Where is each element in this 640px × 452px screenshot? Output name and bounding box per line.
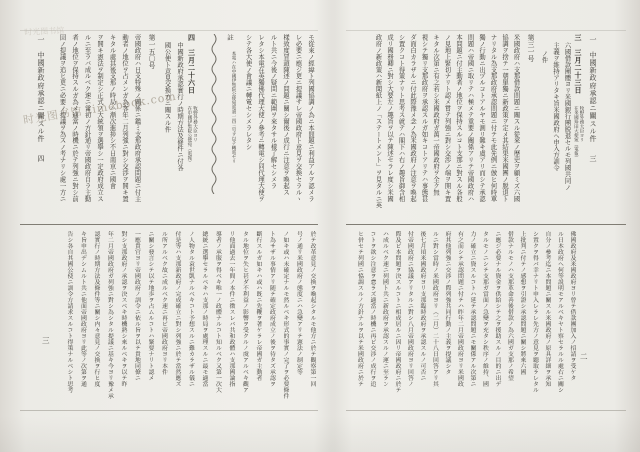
right-page-bottom-rule: [346, 410, 626, 411]
text-column: シ置クヲ得バ幸ナリト申入レラレ先方ノ意見ヲ聽取ラレタル: [528, 231, 541, 409]
doc3-title-line1: 六國借款團體ヨリ米國銀行團脱退セルモ列國共同ノ: [561, 34, 573, 224]
doc3-heading: 三 三月二十三日 牧野外務大臣ヨリ 在米國珍田大使宛（電報）: [573, 34, 585, 224]
text-column: レ必要ニ應ジ更ニ提議サレ帝國政府ト意見ヲ交換セラルヽ: [291, 34, 304, 224]
document-separator: [206, 34, 224, 224]
text-column: 有之而シテ承認問題ニ付テハ昨年二月帝國政府ヨリ米國政: [453, 231, 466, 409]
text-column: コトヲ欲シ注意ヲ怠ラズ適當ノ時機ニ再ビ交渉ノ成行ヲ追: [366, 231, 379, 409]
doc4-doc-no: 第一五〇号: [145, 34, 158, 224]
doc3-note-label: 註: [226, 34, 234, 41]
text-column: 總統ニ選擧セラルベキハ支那ノ時局ヲ處理スルニ最モ適當: [197, 231, 211, 409]
text-column: ルニ至ラバ成ルベク速ニ當初ノ方針通リ帝國政府自ラ主動: [80, 34, 93, 224]
scanned-book-spread: 时光图书馆 时光图书馆 timebook.com 一 中國新政府承認ニ關スル件三…: [0, 0, 640, 452]
right-page-mid-rule: [346, 224, 626, 225]
text-column: 号ノ通リ米國政府ノ態度ニハ急變アリテ憲法ノ制定等: [291, 231, 305, 409]
text-column: ルニ對シ當時ノ米國政府ヨリ（二月）二十八日回答アリ其: [428, 231, 441, 409]
page-number-right: 二: [580, 351, 588, 362]
text-column: 於テ改革意見ノ交換ヲ喚起シタルモ他方ニ於テ觀察第一回: [305, 231, 319, 409]
text-column: 借款ナルモノハ支那革命善後借款ノ為六國ガ支那ノ希望: [503, 231, 516, 409]
text-column: 者ノ地位ヲ保持スルガ為メ適當ノ時機ニ於テ列強ニ對シ前: [68, 34, 81, 224]
text-column: シテ各大使ノ會議ニ轉電セシメラレタシ: [241, 34, 254, 224]
text-column: 視シテ獨リ支那政府ヲ承認スルガ如キコトアリテハ事態甚: [418, 34, 430, 224]
text-column: 斷行スルガ如キハ或ハ既ニ先鞭ヲ著ケラレ帝國ガ主動者: [251, 231, 265, 409]
text-column: ノ見地上緊切ナリト認メ嘗テ列強ニ對シ交渉ノ端ヲ開キ置: [441, 34, 453, 224]
text-column: レタシ本電在英獨佛代理大使ノ參考ニ轉電シ同代理大使ヲ: [254, 34, 267, 224]
text-column: ノ如キ或ハ未確定ナルモ然ルベキ形式的事實ノ完了ヲ必要條件: [278, 231, 292, 409]
text-column: 佛國政府及米國政府ヨリ曾テ借款團加入ノ招請ヲ受ケタ: [566, 231, 579, 409]
doc3-sender-recipient: 牧野外務大臣ヨリ 在米國珍田大使宛（電報）: [573, 106, 584, 160]
text-column: 付帝國政府ニ協議アリタルニ對シ八月帝國政府ヨリ回答ノ: [403, 231, 416, 409]
text-column: 帝國政府ハ日支特殊ノ關係ニ鑑ミ支那政府承認問題ニ付主: [130, 34, 143, 224]
text-column: キ旨申出デシムルト共ニ他面帝國政府ヨリ此等ノ次第ヲ通: [75, 231, 89, 409]
text-column: 樣致度冒頭陳述ノ問題ニ關シ爾後ノ成行ニ注意ヲ喚起ス: [279, 34, 292, 224]
text-column: 認實行ノ時期方法及條件等ニ關シ内々意見ノ交換ヲ行ヒ度: [89, 231, 103, 409]
text-column: ニ關シ發言シテ以テ地歩ヲ占ムルコトハ緊要ナリト認メ: [143, 231, 157, 409]
left-page-mid-rule: [20, 224, 318, 225]
text-column: 對シ支那政府ノ承認ヲ決スベキ時機熟シ來ルベキヲ以テ昨: [116, 231, 130, 409]
text-column: 年二月帝國政府ガ列強ニ對シ為シタル提議ニ基キ今ヨリ豫メ承: [102, 231, 116, 409]
text-column: 際及ビ本問題ヲ決スルコトニ相成居ルニ因リ帝國政府ニ於テ: [391, 231, 404, 409]
text-column: 政府ノ新政策ハ新聞紙上ノ「ステートメント」ヲ見タルニ英: [372, 34, 384, 224]
section-title: 一 中國新政府承認ニ關スル件: [589, 36, 597, 142]
left-page-bottom-register: 於テ改革意見ノ交換ヲ喚起シタルモ他方ニ於テ觀察第一回号ノ通リ米國政府ノ態度ニハ急…: [56, 231, 318, 409]
text-column: 告シ各自其國公使ニ訓令方請求スルコト得策ナルベシト思考: [62, 231, 76, 409]
right-page-top-rule: [346, 30, 626, 31]
text-column: ノ人物タル袁世凱ナルベキコト予想スルニ難カラザル儀ニ: [183, 231, 197, 409]
doc4-sender-recipient: 牧野外務大臣ヨリ 在中國伊集院公使宛（電報）: [186, 106, 197, 165]
doc3-title-line2: 主義ヲ維持アリタキ旨米國政府ヘ申入方訓令: [550, 34, 562, 224]
text-column: シ置クコト得策ナリト思考ス就テハ閣下ハ右ノ趣旨御含相: [395, 34, 407, 224]
text-column: タルモノニシテ支那ガ當面ノ急變ヲ充タシ秩序ノ維持、國: [478, 231, 491, 409]
text-column: 動者ノ地位ヲ占メンガ為客年二月列強ニ對シ交渉ヲ開キ置: [118, 34, 131, 224]
doc3-note-text: 本電ハ在中國伊集院公使宛電第一四三号ヲ以テ轉電セリ: [230, 51, 236, 164]
text-column: 力ノ確立ニ資スルコトハ延テ承認問題ニモ關係アル次第ニ: [466, 231, 479, 409]
text-column: 付是等ハ支那新政府ノ完成確立ニ對シ列強ニ於テ當然應ズ: [170, 231, 184, 409]
running-head-right: 一 中國新政府承認ニ關スル件三: [588, 36, 598, 163]
doc4-title-line1: 中國新政府承認實行ノ時期方法及條件ニ付各: [173, 34, 186, 224]
right-page-bottom-register: 佛國政府及米國政府ヨリ曾テ借款團加入ノ招請ヲ受ケタル日本政府ヘ何等説明モアルベキ…: [352, 231, 578, 409]
page-gutter-shadow: [314, 0, 352, 452]
text-column: 上批判ニ付テノ感想ヲ引證シ承認問題ニ關シ將來六國: [516, 231, 529, 409]
text-column: 米國政府ハ支那借款問題ニ關スル從來ノ歷史ヲ顧ミズ六國: [510, 34, 522, 224]
doc3-note: 註 本電ハ在中國伊集院公使宛電第一四三号ヲ以テ轉電セリ: [224, 34, 237, 224]
doc4-date-line: 四 三月二十六日: [188, 34, 197, 94]
text-column: 導者ノ承服ヲ得ベキ唯一ノ政體ナルコト知ルベク又第一次大: [210, 231, 224, 409]
text-column: ヲ開キ憲法ヲ制定シ正式ノ大統領ヲ選擧シ一定政府成立ス: [93, 34, 106, 224]
text-column: 本問題ニ付主動者ノ地位ヲ保持スルコト支那ニ對スル各般: [453, 34, 465, 224]
left-page-top-rule: [20, 30, 318, 31]
text-column: ルト共ニ今後ノ疑問ニ範圍ヲ來タサル樣了解セシメラ: [266, 34, 279, 224]
doc3-recipient: 在米國珍田大使宛（電報）: [573, 106, 579, 160]
text-column: ル日本政府ヘ何等説明モアルベキヤト察セラルル處右ニ關シ: [553, 231, 566, 409]
text-column: ナリタル為支那政府承認問題ニ付テモ此先例ニ倣ヒ何時單: [487, 34, 499, 224]
text-column: 成リ國務卿ニ對シ大要左ノ趣旨ヲ以テ陳述セラレ度シ米國: [384, 34, 396, 224]
text-column: 獨ノ行動ニ出ヅルコトアルヤモ測リ難キ虞アリ而シテ承認: [476, 34, 488, 224]
text-column: キタル處其後支那ノ時局ハ漸次進捗シ不日南京ニ國會: [105, 34, 118, 224]
doc3-title-line3: ノ件: [538, 34, 550, 224]
text-column: ル所アルベク故ニ成ルベク速ニ再ビ帝國政府ヨリ本件: [156, 231, 170, 409]
text-column: ヒ併セテ列國ニ恊調スルノ方針ナルヲ以テ米國政府ニ於テ: [353, 231, 366, 409]
doc4-recipient: 在中國伊集院公使宛（電報）: [186, 106, 192, 165]
text-column: キタル次第ニ有之若シ米國政府ガ萬一帝國政府ヲ全ク無: [430, 34, 442, 224]
text-column: 回ノ提議ヲ追ヒ更ニ必要ノ提議ヲ為スノ考ナリシ處一方ニ: [55, 34, 68, 224]
doc4-title-line2: 國公使ト意見交換方ニ關スル件: [160, 34, 173, 224]
text-column: 自分ノ參考迄ニ本問題ニ關スル米國政府ノ原具詳細ヲ承知: [541, 231, 554, 409]
text-column: ハ成ルベク速ニ列國ト共ニ新政府ヲ承認スルノ運ニ至ラン: [378, 231, 391, 409]
text-column: ニ應ジ必要ナル資金ヲ供給シテ之ヲ援助スルノ目的ニ出デ: [491, 231, 504, 409]
text-column: 問題ハ帝國ニ取リテハ極メテ重要ノ關係アリテ帝國政府ハ: [464, 34, 476, 224]
left-page-bottom-rule: [20, 410, 318, 411]
page-number-left: 三: [42, 335, 50, 346]
doc3-sender: 牧野外務大臣ヨリ: [578, 106, 584, 160]
text-column: ト為サザル事情アリ随テ確定政府成立ノ後ヲ待タズ承認ヲ: [264, 231, 278, 409]
text-column: 府其他列強ニ交渉ノ際列強共同行動ノ主義ヲ提議シタ: [441, 231, 454, 409]
text-column: リ他面過去一年間ノ本件ニ徴スレバ共和政體ハ支那國論指: [224, 231, 238, 409]
section-doc-no-right: 三: [588, 155, 598, 163]
right-page-top-register: 三 三月二十三日 牧野外務大臣ヨリ 在米國珍田大使宛（電報） 六國借款團體ヨリ米…: [352, 34, 584, 224]
text-column: 後七月頃米國政府ヨリ支那臨時政府ヲ承認スルノ可否ニ: [416, 231, 429, 409]
text-column: ダ面白カラザルニ付此際豫メ念ノ為米國政府ノ注意ヲ喚起: [407, 34, 419, 224]
text-column: タル地位ヲ失ヒ甚ダ不利益ノ影響ヲ受クルノ虞アルベキ觀ア: [237, 231, 251, 409]
doc3-date-line: 三 三月二十三日: [574, 34, 583, 94]
doc3-doc-no: 第三一号: [524, 34, 536, 224]
left-page-top-register: モ從來ノ經緯ト列國協調ノ為ニ本問題ニ利益アルヲ認メラレ必要ニ應ジ更ニ提議サレ帝國…: [44, 34, 316, 224]
text-column: 協調ヲ捨テ一朝單獨ニ新政策ヲ定メ其結果米國團ノ脱退ト: [499, 34, 511, 224]
wavy-separator-icon: [210, 34, 220, 194]
text-column: 一應貴官ヨリ帝國政府ノ訓令ニ依ル旨ヲ以テ貴地同僚ニ: [129, 231, 143, 409]
doc4-heading: 四 三月二十六日 牧野外務大臣ヨリ 在中國伊集院公使宛（電報）: [185, 34, 198, 224]
doc4-sender: 牧野外務大臣ヨリ: [192, 106, 198, 165]
text-column: モ從來ノ經緯ト列國協調ノ為ニ本問題ニ利益アルヲ認メラ: [304, 34, 317, 224]
